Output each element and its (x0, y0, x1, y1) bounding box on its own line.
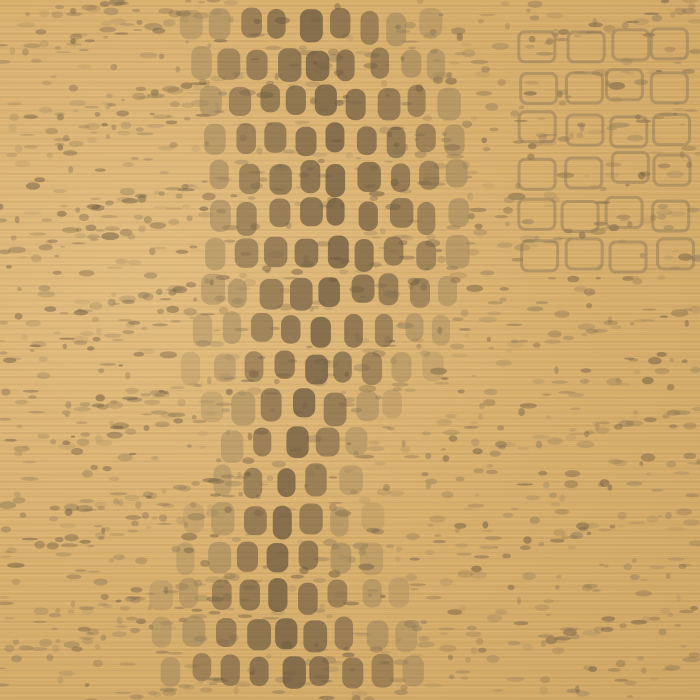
scale-pattern (0, 0, 700, 700)
rug-texture (0, 0, 700, 700)
